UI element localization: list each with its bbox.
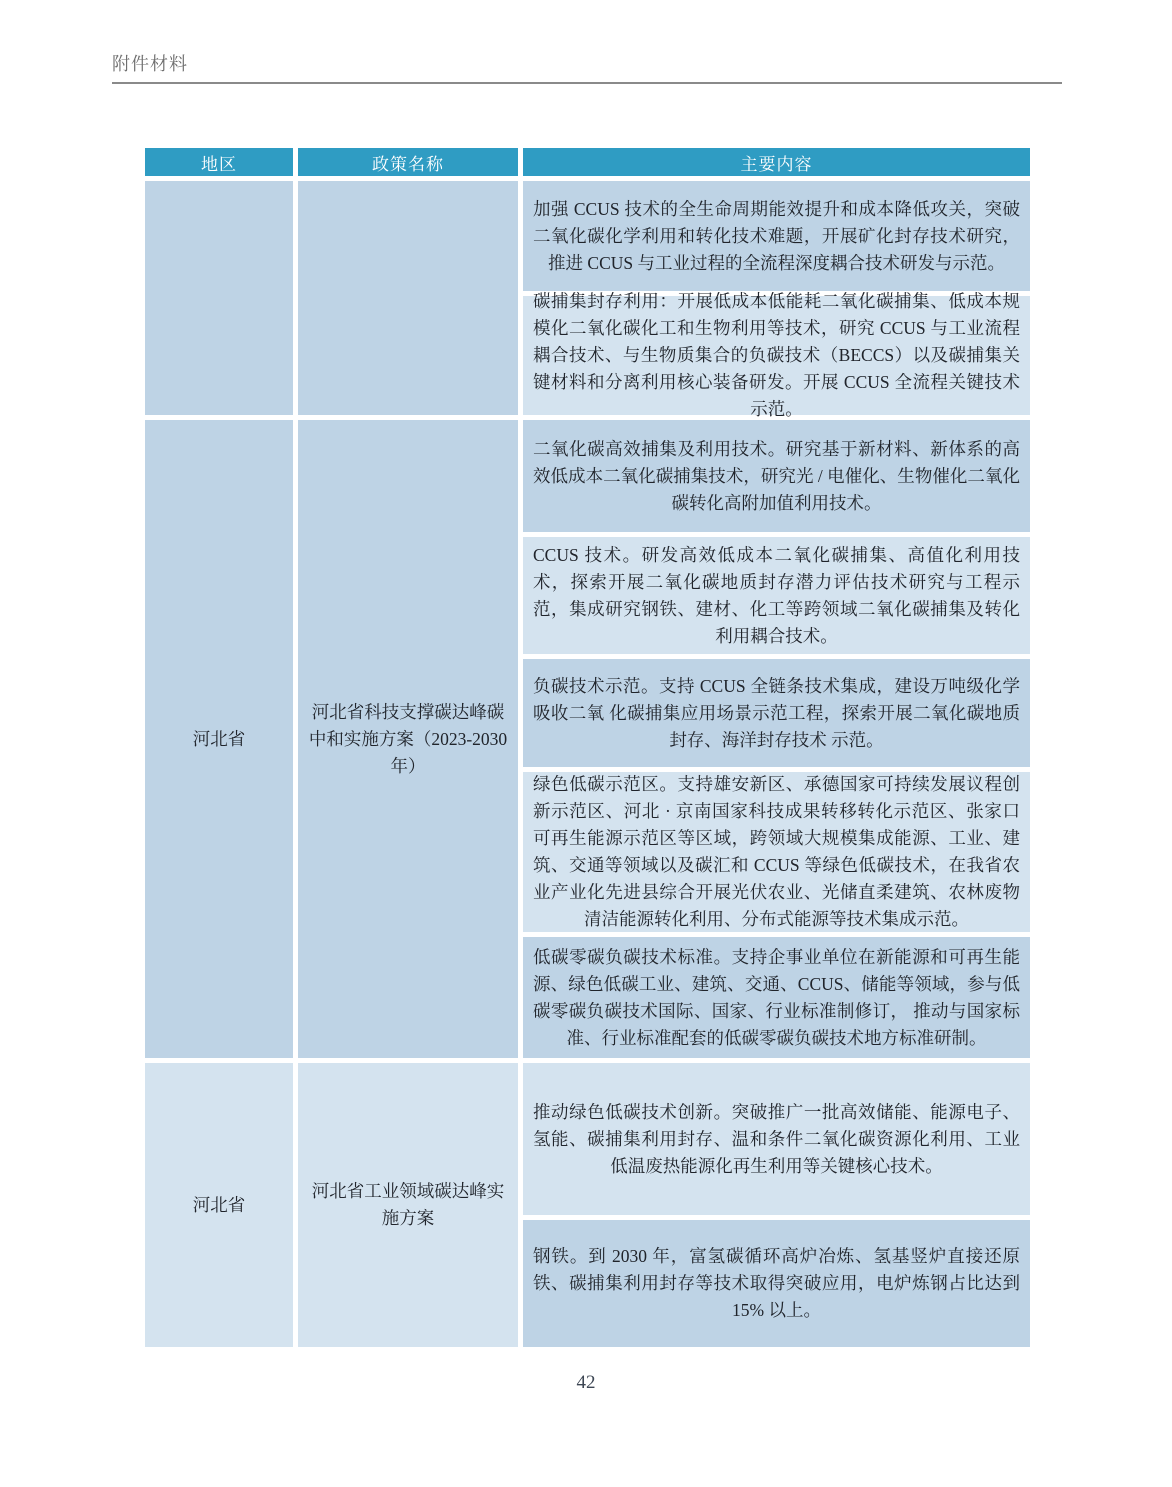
page-number: 42	[0, 1372, 1172, 1394]
content-cell: 推动绿色低碳技术创新。突破推广一批高效储能、能源电子、氢能、碳捕集利用封存、温和…	[523, 1063, 1030, 1215]
content-stack: 二氧化碳高效捕集及利用技术。研究基于新材料、新体系的高效低成本二氧化碳捕集技术，…	[523, 420, 1030, 1058]
content-text: 二氧化碳高效捕集及利用技术。研究基于新材料、新体系的高效低成本二氧化碳捕集技术，…	[533, 436, 1020, 517]
content-cell: 碳捕集封存利用：开展低成本低能耗二氧化碳捕集、低成本规模化二氧化碳化工和生物利用…	[523, 296, 1030, 415]
header-divider	[112, 82, 1062, 84]
content-cell: 二氧化碳高效捕集及利用技术。研究基于新材料、新体系的高效低成本二氧化碳捕集技术，…	[523, 420, 1030, 532]
policy-cell	[298, 181, 518, 415]
column-header-content: 主要内容	[523, 148, 1030, 176]
policy-cell: 河北省科技支撑碳达峰碳中和实施方案（2023-2030年）	[298, 420, 518, 1058]
policy-cell: 河北省工业领域碳达峰实施方案	[298, 1063, 518, 1347]
content-cell: CCUS 技术。研发高效低成本二氧化碳捕集、高值化利用技术，探索开展二氧化碳地质…	[523, 537, 1030, 654]
running-header-label: 附件材料	[112, 50, 1062, 76]
table-row-group-2: 河北省 河北省科技支撑碳达峰碳中和实施方案（2023-2030年） 二氧化碳高效…	[145, 420, 1030, 1058]
content-text: 绿色低碳示范区。支持雄安新区、承德国家可持续发展议程创新示范区、河北 · 京南国…	[533, 771, 1020, 933]
table-row-group-1: 加强 CCUS 技术的全生命周期能效提升和成本降低攻关，突破二氧化碳化学利用和转…	[145, 181, 1030, 415]
content-stack: 加强 CCUS 技术的全生命周期能效提升和成本降低攻关，突破二氧化碳化学利用和转…	[523, 181, 1030, 415]
column-header-region: 地区	[145, 148, 293, 176]
content-cell: 负碳技术示范。支持 CCUS 全链条技术集成，建设万吨级化学吸收二氧 化碳捕集应…	[523, 659, 1030, 767]
region-cell: 河北省	[145, 1063, 293, 1347]
table-row-group-3: 河北省 河北省工业领域碳达峰实施方案 推动绿色低碳技术创新。突破推广一批高效储能…	[145, 1063, 1030, 1347]
content-cell: 加强 CCUS 技术的全生命周期能效提升和成本降低攻关，突破二氧化碳化学利用和转…	[523, 181, 1030, 291]
content-text: 负碳技术示范。支持 CCUS 全链条技术集成，建设万吨级化学吸收二氧 化碳捕集应…	[533, 673, 1020, 754]
content-stack: 推动绿色低碳技术创新。突破推广一批高效储能、能源电子、氢能、碳捕集利用封存、温和…	[523, 1063, 1030, 1347]
content-text: 钢铁。到 2030 年，富氢碳循环高炉冶炼、氢基竖炉直接还原铁、碳捕集利用封存等…	[533, 1243, 1020, 1324]
column-header-policy: 政策名称	[298, 148, 518, 176]
content-cell: 绿色低碳示范区。支持雄安新区、承德国家可持续发展议程创新示范区、河北 · 京南国…	[523, 772, 1030, 932]
running-header: 附件材料	[112, 50, 1062, 84]
content-text: 加强 CCUS 技术的全生命周期能效提升和成本降低攻关，突破二氧化碳化学利用和转…	[533, 196, 1020, 277]
document-page: 附件材料 地区 政策名称 主要内容 加强 CCUS 技术的全生命周期能效提升和成…	[0, 0, 1172, 1487]
content-text: 碳捕集封存利用：开展低成本低能耗二氧化碳捕集、低成本规模化二氧化碳化工和生物利用…	[533, 288, 1020, 423]
content-text: CCUS 技术。研发高效低成本二氧化碳捕集、高值化利用技术，探索开展二氧化碳地质…	[533, 542, 1020, 650]
content-cell: 钢铁。到 2030 年，富氢碳循环高炉冶炼、氢基竖炉直接还原铁、碳捕集利用封存等…	[523, 1220, 1030, 1347]
content-cell: 低碳零碳负碳技术标准。支持企事业单位在新能源和可再生能源、绿色低碳工业、建筑、交…	[523, 937, 1030, 1058]
table-header-row: 地区 政策名称 主要内容	[145, 148, 1030, 176]
content-text: 低碳零碳负碳技术标准。支持企事业单位在新能源和可再生能源、绿色低碳工业、建筑、交…	[533, 944, 1020, 1052]
policy-table: 地区 政策名称 主要内容 加强 CCUS 技术的全生命周期能效提升和成本降低攻关…	[145, 148, 1030, 1347]
content-text: 推动绿色低碳技术创新。突破推广一批高效储能、能源电子、氢能、碳捕集利用封存、温和…	[533, 1099, 1020, 1180]
region-cell: 河北省	[145, 420, 293, 1058]
region-cell	[145, 181, 293, 415]
